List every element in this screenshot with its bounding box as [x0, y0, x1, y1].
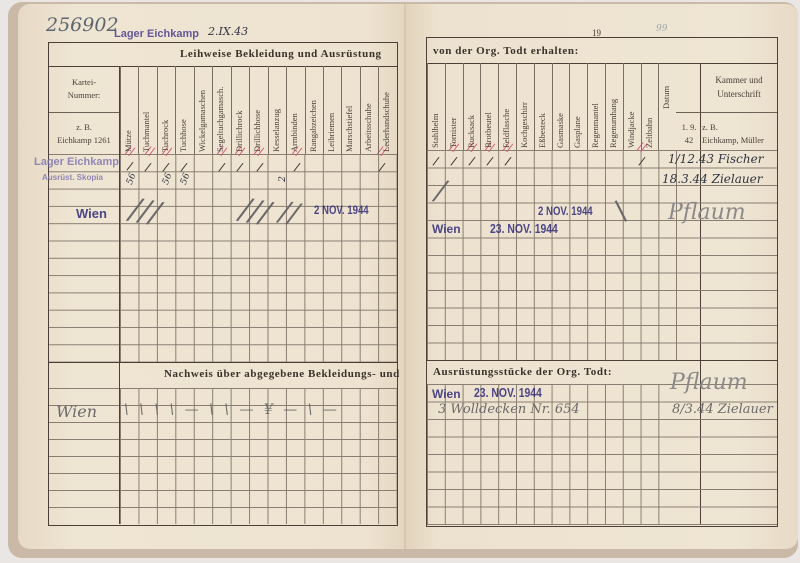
signature-right: Pflaum	[668, 200, 746, 225]
column-header-kesselanzug: Kesselanzug	[271, 68, 281, 152]
column-header-armbinden: Armbinden	[289, 68, 299, 152]
lower-hand-date: 8/3.44 Zielauer	[672, 402, 773, 417]
kammer-example: z. B. Eichkamp, Müller	[702, 121, 776, 147]
upper-grid-right	[427, 150, 676, 360]
column-header-regenumhang: Regenumhang	[608, 64, 618, 148]
column-header-brotbeutel: Brotbeutel	[483, 64, 493, 148]
column-header-zeltbahn: Zeltbahn	[644, 64, 654, 148]
kartei-label: Kartei- Nummer:	[50, 76, 118, 102]
row-stamp-ausruest: Ausrüst. Skopia	[42, 173, 103, 182]
column-header-arbeitsschuhe: Arbeitsschuhe	[363, 68, 373, 152]
header-date: 2.IX.43	[208, 25, 248, 38]
column-header-ebesteck: Eßbesteck	[537, 64, 547, 148]
upper-row-lines	[49, 154, 119, 362]
column-header-kochgeschirr: Kochgeschirr	[519, 64, 529, 148]
row-stamp-lager: Lager Eichkamp	[34, 156, 119, 168]
row-stamp-wien: Wien	[76, 206, 107, 221]
hand-entry-2: 18.3.44 Zielauer	[662, 172, 762, 186]
lower-hand-entry: 3 Wolldecken Nr. 654	[438, 402, 580, 417]
left-page: 256902 Lager Eichkamp 2.IX.43 Leihweise …	[18, 4, 406, 549]
hand-entry-1: 1/12.43 Fischer	[668, 152, 763, 166]
column-header-datum: Datum	[661, 69, 671, 109]
column-header-wickelgamaschen: Wickelgamaschen	[197, 68, 207, 152]
column-header-tuchrock: Tuchrock	[160, 68, 170, 152]
column-header-drillichhose: Drillichhose	[252, 68, 262, 152]
section-title-nachweis: Nachweis über abgegebene Bekleidungs- un…	[164, 368, 400, 380]
column-header-rangabzeichen: Rangabzeichen	[308, 68, 318, 152]
kammer-header: Kammer und Unterschrift	[702, 74, 776, 101]
corner-mark: 99	[656, 24, 667, 34]
section-title-ausruestung: Ausrüstungsstücke der Org. Todt:	[433, 366, 612, 378]
column-header-tuchmantel: Tuchmantel	[141, 68, 151, 152]
column-header-marschstiefel: Marschstiefel	[344, 68, 354, 152]
date-stamp-right-2: 23. NOV. 1944	[490, 221, 558, 236]
stamp-wien-right: Wien	[432, 222, 461, 236]
column-header-lederhandschuhe: Lederhandschuhe	[381, 68, 391, 152]
column-header-tornister: Tornister	[448, 64, 458, 148]
column-header-mtze: Mütze	[123, 68, 133, 152]
column-header-tuchhose: Tuchhose	[178, 68, 188, 152]
header-stamp-lager: Lager Eichkamp	[114, 28, 199, 40]
example-label: z. B. Eichkamp 1261	[50, 121, 118, 147]
section-title-leihweise: Leihweise Bekleidung und Ausrüstung	[180, 48, 382, 60]
date-stamp-left: 2 NOV. 1944	[314, 203, 369, 217]
column-header-stahlhelm: Stahlhelm	[430, 64, 440, 148]
size-2: 2	[278, 176, 288, 182]
serial-number: 256902	[46, 14, 119, 36]
column-header-feldflasche: Feldflasche	[501, 64, 511, 148]
column-header-regenmantel: Regenmantel	[590, 64, 600, 148]
upper-grid	[120, 154, 397, 362]
column-header-gasplane: Gasplane	[572, 64, 582, 148]
column-header-gasmaske: Gasmaske	[555, 64, 565, 148]
column-header-segeltuchgamasch: Segeltuchgamasch.	[215, 68, 225, 152]
lower-stamp-wien: Wien	[432, 387, 461, 401]
column-header-windjacke: Windjacke	[626, 64, 636, 148]
column-header-leibriemen: Leibriemen	[326, 68, 336, 152]
date-stamp-right-1: 2 NOV. 1944	[538, 204, 593, 218]
section-title-erhalten: von der Org. Todt erhalten:	[433, 45, 579, 57]
datum-example: 1. 9. 42	[678, 121, 700, 147]
lower-date-stamp: 23. NOV. 1944	[474, 385, 542, 400]
column-header-rucksack: Rucksack	[466, 64, 476, 148]
lower-row-marks: \ \ \ \ — \ \ — ¥ — \ —	[124, 402, 340, 418]
right-page: 19 99 von der Org. Todt erhalten: Kammer…	[406, 4, 798, 549]
column-header-drillichrock: Drillichrock	[234, 68, 244, 152]
lower-signature: Pflaum	[670, 370, 748, 395]
lower-row-label: Wien	[56, 402, 97, 421]
